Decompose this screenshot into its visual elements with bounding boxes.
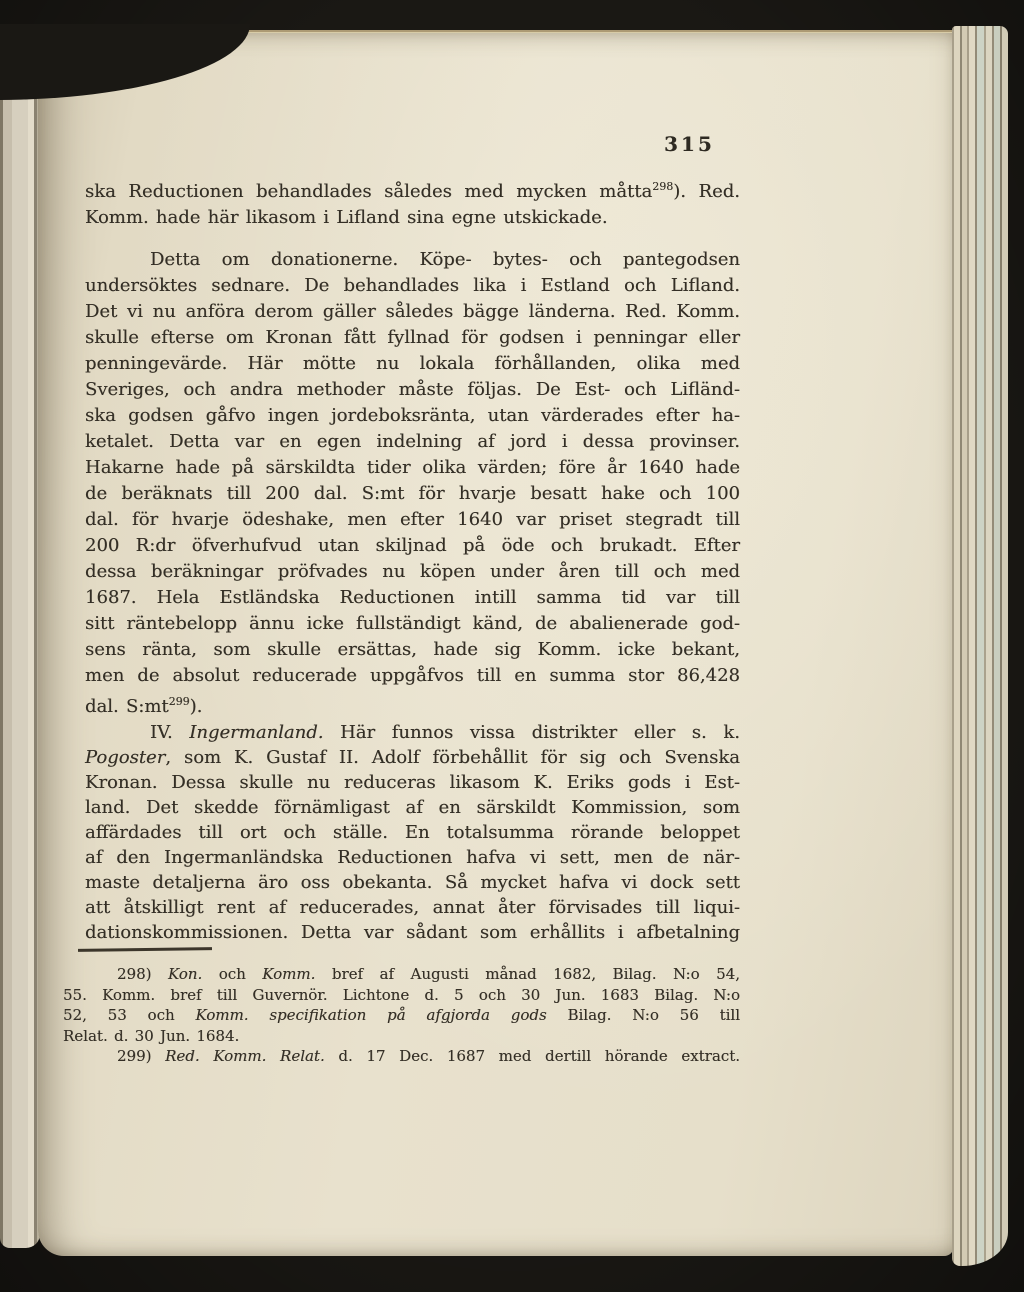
text-segment: 55. Komm. bref till Guvernör. Lichtone d… [63,986,740,1004]
text-line: dal. S:mt299). [85,689,740,720]
text-segment: ska godsen gåfvo ingen jordeboksränta, u… [85,405,740,426]
text-segment: Komm. hade här likasom i Lifland sina eg… [85,207,608,228]
text-segment: Relat. d. 30 Jun. 1684. [63,1027,239,1045]
text-segment: Kon. [168,965,202,983]
text-segment: Här funnos vissa distrikter eller s. k. [324,722,741,743]
text-segment: Kronan. Dessa skulle nu reduceras likaso… [85,772,740,793]
text-segment: Komm. [262,965,315,983]
text-segment: Ingermanland. [189,722,323,743]
text-segment: Bilag. N:o 56 till [547,1006,740,1024]
text-segment: dationskommissionen. Detta var sådant so… [85,922,740,943]
text-segment: bref af Augusti månad 1682, Bilag. N:o 5… [315,965,740,983]
text-line: affärdades till ort och ställe. En total… [85,820,740,845]
text-line: sens ränta, som skulle ersättas, hade si… [85,637,740,663]
paragraph: IV. Ingermanland. Här funnos vissa distr… [85,720,740,945]
text-segment: land. Det skedde förnämligast af en särs… [85,797,740,818]
text-segment: Det vi nu anföra derom gäller således bä… [85,301,740,322]
text-segment: dal. för hvarje ödeshake, men efter 1640… [85,509,740,530]
text-line: penningevärde. Här mötte nu lokala förhå… [85,351,740,377]
text-segment: och [202,965,262,983]
text-line: undersöktes sednare. De behandlades lika… [85,273,740,299]
text-line: Det vi nu anföra derom gäller således bä… [85,299,740,325]
text-line: dationskommissionen. Detta var sådant so… [85,920,740,945]
text-segment: men de absolut reducerade uppgåfvos till… [85,665,740,686]
text-segment: af den Ingermanländska Reductionen hafva… [85,847,740,868]
text-segment: Detta om donationerne. Köpe- bytes- och … [150,249,740,270]
text-segment: 299) [117,1047,165,1065]
text-line: maste detaljerna äro oss obekanta. Så my… [85,870,740,895]
text-segment: IV. [150,722,189,743]
text-segment: 1687. Hela Estländska Reductionen intill… [85,587,740,608]
text-line: dal. för hvarje ödeshake, men efter 1640… [85,507,740,533]
gutter-page-sliver [0,86,40,1248]
text-segment: ). [190,696,203,717]
text-line: 299) Red. Komm. Relat. d. 17 Dec. 1687 m… [63,1046,740,1067]
text-segment: Hakarne hade på särskildta tider olika v… [85,457,740,478]
footnote-marker: 299 [169,695,190,708]
page-number: 315 [664,132,715,156]
paragraph: ska Reductionen behandlades således med … [85,174,740,231]
text-line: 1687. Hela Estländska Reductionen intill… [85,585,740,611]
text-segment: undersöktes sednare. De behandlades lika… [85,275,740,296]
text-segment: att åtskilligt rent af reducerades, anna… [85,897,740,918]
footnotes: 298) Kon. och Komm. bref af Augusti måna… [63,964,740,1067]
text-line: de beräknats till 200 dal. S:mt för hvar… [85,481,740,507]
text-segment: penningevärde. Här mötte nu lokala förhå… [85,353,740,374]
book-photo: 315 ska Reductionen behandlades således … [0,0,1024,1292]
text-segment: Sveriges, och andra methoder måste följa… [85,379,740,400]
page-edge-stack [952,26,1008,1266]
text-line: ska Reductionen behandlades således med … [85,174,740,205]
text-line: Kronan. Dessa skulle nu reduceras likaso… [85,770,740,795]
text-segment: Pogoster [85,747,165,768]
text-segment: d. 17 Dec. 1687 med dertill hörande extr… [325,1047,740,1065]
text-line: Sveriges, och andra methoder måste följa… [85,377,740,403]
text-line: dessa beräkningar pröfvades nu köpen und… [85,559,740,585]
text-line: Detta om donationerne. Köpe- bytes- och … [85,247,740,273]
text-segment: Komm. specifikation på afgjorda gods [195,1006,546,1024]
text-line: 52, 53 och Komm. specifikation på afgjor… [63,1005,740,1026]
text-segment: 200 R:dr öfverhufvud utan skiljnad på öd… [85,535,740,556]
text-segment: dessa beräkningar pröfvades nu köpen und… [85,561,740,582]
text-line: 298) Kon. och Komm. bref af Augusti måna… [63,964,740,985]
text-line: skulle efterse om Kronan fått fyllnad fö… [85,325,740,351]
text-line: Relat. d. 30 Jun. 1684. [63,1026,740,1047]
text-line: ketalet. Detta var en egen indelning af … [85,429,740,455]
text-segment: ). Red. [673,181,740,202]
text-segment: 298) [117,965,168,983]
text-line: Hakarne hade på särskildta tider olika v… [85,455,740,481]
text-segment: ska Reductionen behandlades således med … [85,181,652,202]
paragraph: Detta om donationerne. Köpe- bytes- och … [85,247,740,720]
text-segment: sitt räntebelopp ännu icke fullständigt … [85,613,740,634]
text-line: land. Det skedde förnämligast af en särs… [85,795,740,820]
text-segment: skulle efterse om Kronan fått fyllnad fö… [85,327,740,348]
text-segment: dal. S:mt [85,696,169,717]
body-text: ska Reductionen behandlades således med … [85,174,740,945]
text-line: af den Ingermanländska Reductionen hafva… [85,845,740,870]
text-line: sitt räntebelopp ännu icke fullständigt … [85,611,740,637]
text-segment: Red. Komm. Relat. [165,1047,325,1065]
text-segment: de beräknats till 200 dal. S:mt för hvar… [85,483,740,504]
text-line: Pogoster, som K. Gustaf II. Adolf förbeh… [85,745,740,770]
text-line: Komm. hade här likasom i Lifland sina eg… [85,205,740,231]
text-line: att åtskilligt rent af reducerades, anna… [85,895,740,920]
text-segment: maste detaljerna äro oss obekanta. Så my… [85,872,740,893]
text-line: IV. Ingermanland. Här funnos vissa distr… [85,720,740,745]
text-line: ska godsen gåfvo ingen jordeboksränta, u… [85,403,740,429]
text-segment: sens ränta, som skulle ersättas, hade si… [85,639,740,660]
text-line: men de absolut reducerade uppgåfvos till… [85,663,740,689]
text-segment: , som K. Gustaf II. Adolf förbehållit fö… [165,747,740,768]
text-segment: ketalet. Detta var en egen indelning af … [85,431,740,452]
footnote-marker: 298 [652,180,673,193]
text-line: 55. Komm. bref till Guvernör. Lichtone d… [63,985,740,1006]
text-segment: 52, 53 och [63,1006,195,1024]
text-segment: affärdades till ort och ställe. En total… [85,822,740,843]
text-line: 200 R:dr öfverhufvud utan skiljnad på öd… [85,533,740,559]
